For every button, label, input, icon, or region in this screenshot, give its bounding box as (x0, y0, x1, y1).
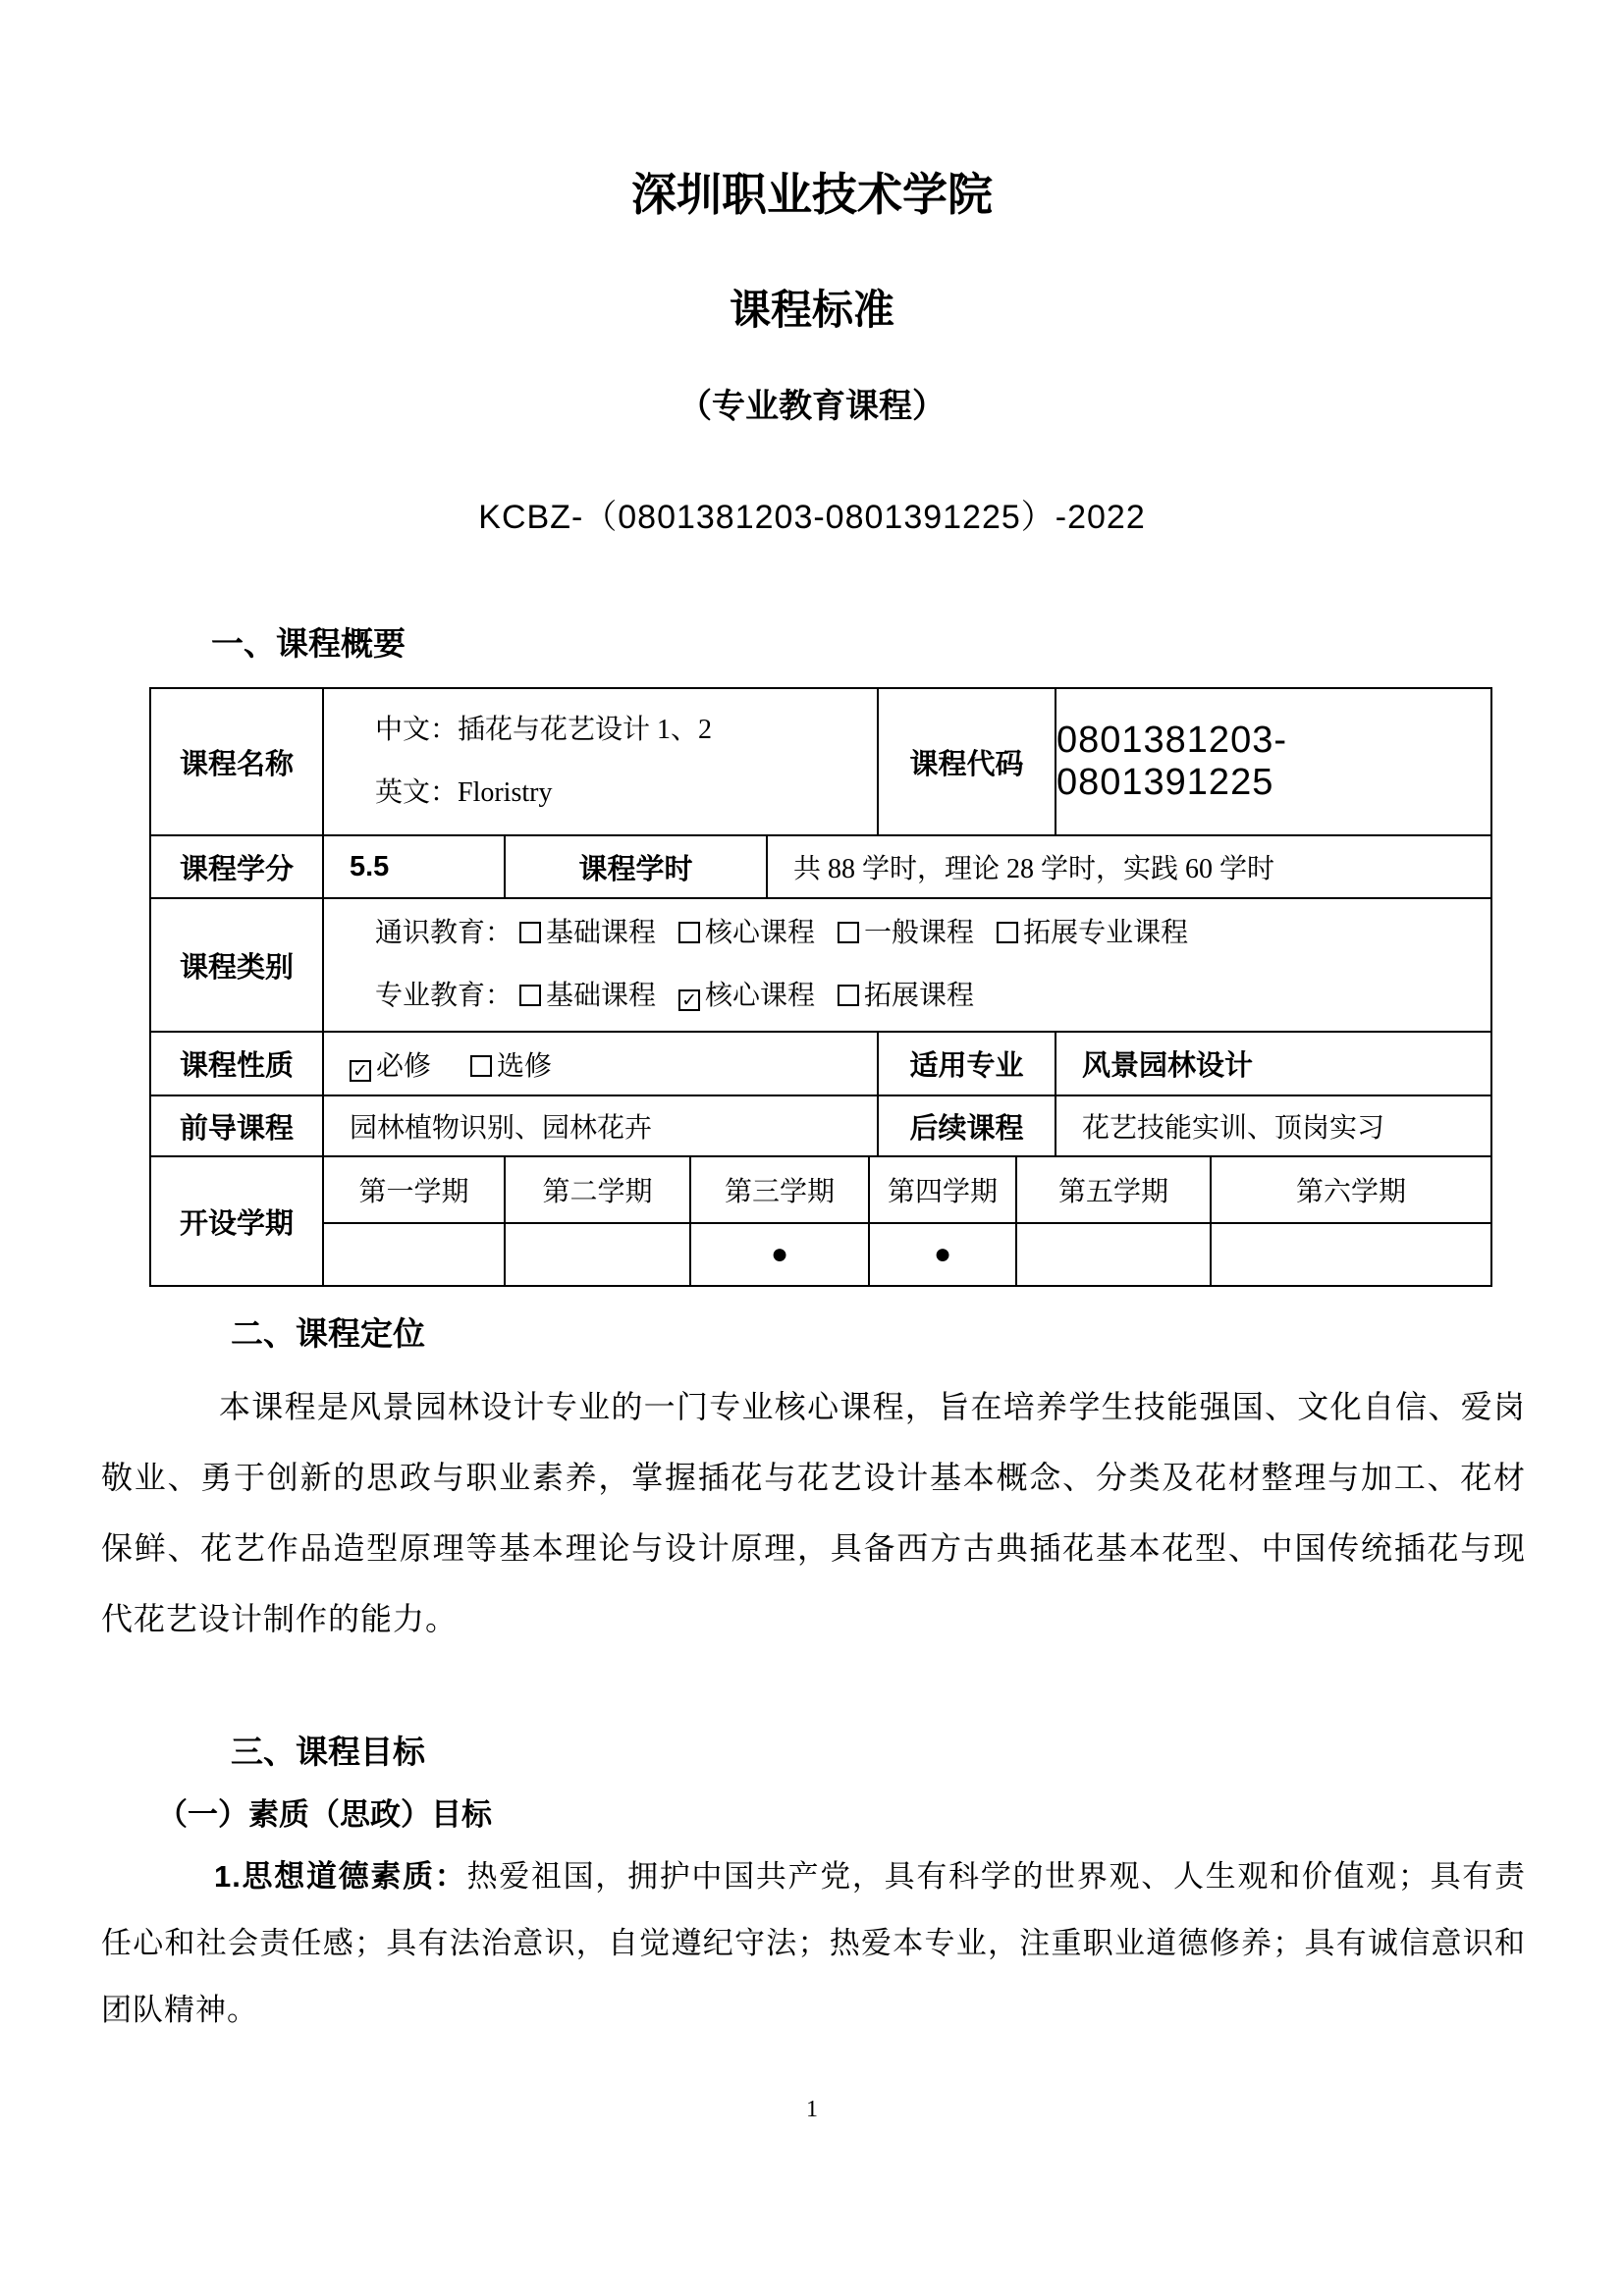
table-row: 课程类别 通识教育： 基础课程 核心课程 一般课程 拓展专业课程 专业教育： 基… (151, 899, 1490, 1031)
item-1-lead: 1.思想道德素质： (214, 1859, 466, 1894)
category-label: 课程类别 (151, 899, 322, 1031)
document-code: KCBZ-（0801381203-0801391225）-2022 (0, 497, 1624, 538)
section-1-heading: 一、课程概要 (0, 622, 1624, 666)
document-title: 课程标准 (0, 283, 1624, 338)
semester-4-header: 第四学期 (870, 1157, 1015, 1222)
credits-label: 课程学分 (151, 836, 322, 897)
semester-1-mark (324, 1224, 504, 1285)
checkbox-unchecked-icon (519, 985, 541, 1006)
checkbox-unchecked-icon (997, 922, 1018, 943)
page-number: 1 (0, 2097, 1624, 2123)
category-line-professional: 专业教育： 基础课程 ✓核心课程 拓展课程 (350, 965, 990, 1028)
section-3-sub1-heading: （一）素质（思政）目标 (0, 1795, 1624, 1835)
checkbox-unchecked-icon (678, 922, 700, 943)
semesters-label: 开设学期 (151, 1157, 322, 1285)
table-row: 前导课程 园林植物识别、园林花卉 后续课程 花艺技能实训、顶岗实习 (151, 1096, 1490, 1155)
hours-value: 共 88 学时，理论 28 学时，实践 60 学时 (768, 836, 1490, 897)
checkbox-unchecked-icon (519, 922, 541, 943)
checkbox-checked-icon: ✓ (678, 989, 700, 1011)
subsequent-label: 后续课程 (879, 1096, 1055, 1155)
semesters-grid: 第一学期 第二学期 第三学期 第四学期 第五学期 第六学期 ● ● (324, 1157, 1490, 1285)
category-professional-prefix: 专业教育： (375, 981, 513, 1011)
applicable-major-value: 风景园林设计 (1056, 1033, 1490, 1095)
course-name-label: 课程名称 (151, 689, 322, 834)
hours-label: 课程学时 (506, 836, 766, 897)
course-name-zh: 中文：插花与花艺设计 1、2 (350, 699, 712, 762)
course-name-en: 英文：Floristry (350, 762, 552, 825)
semester-header-row: 第一学期 第二学期 第三学期 第四学期 第五学期 第六学期 (324, 1157, 1490, 1222)
offered-dot-icon: ● (870, 1224, 1015, 1285)
semester-2-header: 第二学期 (506, 1157, 689, 1222)
section-3-item-1: 1.思想道德素质：热爱祖国，拥护中国共产党，具有科学的世界观、人生观和价值观；具… (101, 1843, 1526, 2044)
offered-dot-icon: ● (691, 1224, 868, 1285)
credits-value: 5.5 (324, 836, 504, 897)
table-row: 课程学分 5.5 课程学时 共 88 学时，理论 28 学时，实践 60 学时 (151, 836, 1490, 897)
section-2-heading: 二、课程定位 (0, 1312, 1624, 1356)
checkbox-checked-icon: ✓ (350, 1060, 371, 1082)
section-3-heading: 三、课程目标 (0, 1731, 1624, 1774)
nature-option: 选修 (470, 1044, 552, 1084)
prerequisite-label: 前导课程 (151, 1096, 322, 1155)
category-value: 通识教育： 基础课程 核心课程 一般课程 拓展专业课程 专业教育： 基础课程 ✓… (324, 899, 1490, 1031)
category-option: 基础课程 (519, 918, 656, 948)
course-name-value: 中文：插花与花艺设计 1、2 英文：Floristry (324, 689, 877, 834)
institution-title: 深圳职业技术学院 (0, 0, 1624, 224)
table-row: 课程名称 中文：插花与花艺设计 1、2 英文：Floristry 课程代码 08… (151, 689, 1490, 834)
semester-6-mark (1212, 1224, 1490, 1285)
semester-5-mark (1017, 1224, 1210, 1285)
document-page: 深圳职业技术学院 课程标准 （专业教育课程） KCBZ-（0801381203-… (0, 0, 1624, 2296)
section-2-paragraph: 本课程是风景园林设计专业的一门专业核心课程，旨在培养学生技能强国、文化自信、爱岗… (101, 1371, 1526, 1654)
checkbox-unchecked-icon (838, 922, 859, 943)
semester-5-header: 第五学期 (1017, 1157, 1210, 1222)
category-general-prefix: 通识教育： (375, 918, 513, 948)
semester-3-header: 第三学期 (691, 1157, 868, 1222)
nature-value: ✓必修 选修 (324, 1033, 877, 1095)
semester-1-header: 第一学期 (324, 1157, 504, 1222)
category-option: 拓展专业课程 (997, 918, 1188, 948)
table-row: 开设学期 第一学期 第二学期 第三学期 第四学期 第五学期 第六学期 ● ● (151, 1157, 1490, 1285)
course-overview-table: 课程名称 中文：插花与花艺设计 1、2 英文：Floristry 课程代码 08… (149, 687, 1492, 1287)
nature-label: 课程性质 (151, 1033, 322, 1095)
course-code-value: 0801381203-0801391225 (1056, 689, 1490, 834)
semester-2-mark (506, 1224, 689, 1285)
category-option: 基础课程 (519, 981, 656, 1011)
checkbox-unchecked-icon (838, 985, 859, 1006)
applicable-major-label: 适用专业 (879, 1033, 1055, 1095)
nature-option: ✓必修 (350, 1044, 431, 1084)
prerequisite-value: 园林植物识别、园林花卉 (324, 1096, 877, 1155)
table-row: 课程性质 ✓必修 选修 适用专业 风景园林设计 (151, 1033, 1490, 1095)
checkbox-unchecked-icon (470, 1055, 492, 1077)
semester-mark-row: ● ● (324, 1224, 1490, 1285)
category-option: 拓展课程 (838, 981, 974, 1011)
subsequent-value: 花艺技能实训、顶岗实习 (1056, 1096, 1490, 1155)
document-subtitle: （专业教育课程） (0, 385, 1624, 428)
category-option: 一般课程 (838, 918, 974, 948)
category-option: 核心课程 (678, 918, 815, 948)
category-option: ✓核心课程 (678, 981, 815, 1011)
category-line-general: 通识教育： 基础课程 核心课程 一般课程 拓展专业课程 (350, 902, 1204, 965)
semester-6-header: 第六学期 (1212, 1157, 1490, 1222)
course-code-label: 课程代码 (879, 689, 1055, 834)
